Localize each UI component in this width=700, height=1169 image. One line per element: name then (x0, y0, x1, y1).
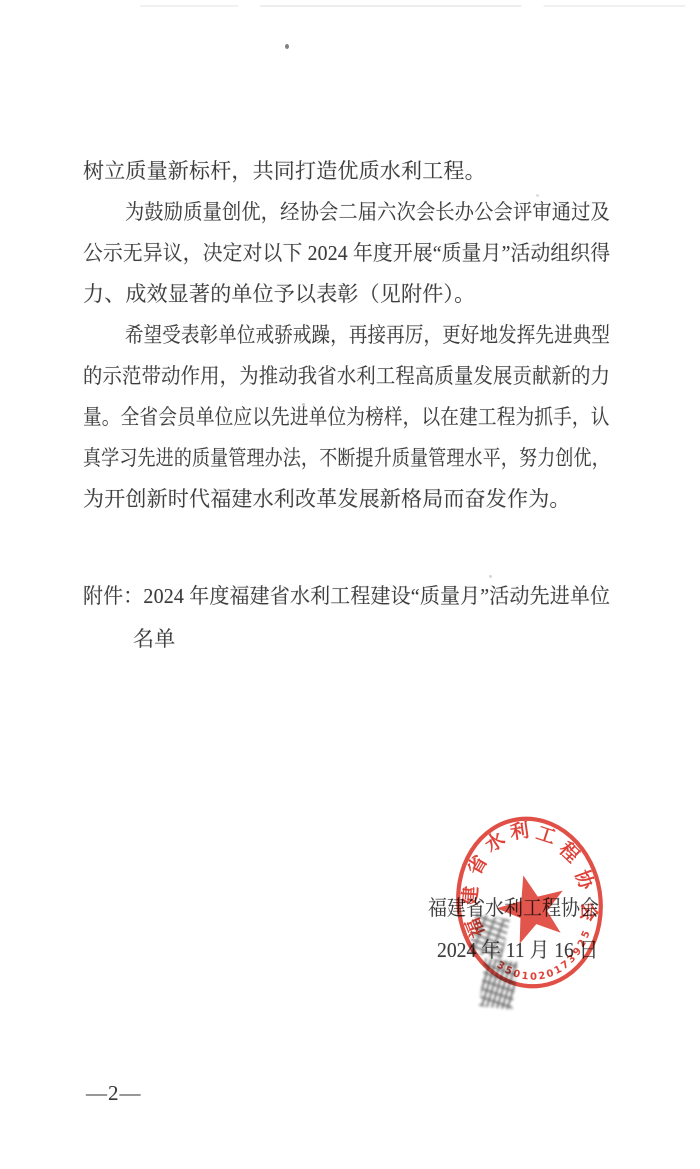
attachment-note: 附件：2024 年度福建省水利工程建设“质量月”活动先进单位 名单 (83, 575, 613, 661)
letter-body: 树立质量新标杆，共同打造优质水利工程。 为鼓励质量创优，经协会二届六次会长办公会… (83, 151, 613, 520)
seal-star-icon (490, 867, 573, 948)
seal-arc-char: 水 (481, 827, 510, 857)
attachment-line-text: 附件：2024 年度福建省水利工程建设“质量月”活动先进单位 (83, 575, 610, 618)
body-line-text: 为开创新时代福建水利改革发展新格局而奋发作为。 (83, 479, 571, 520)
body-line-text: 真学习先进的质量管理办法，不断提升质量管理水平，努力创优， (83, 438, 610, 479)
body-line: 量。全省会员单位应以先进单位为榜样，以在建工程为抓手，认 (83, 397, 613, 438)
attachment-line: 名单 (83, 618, 613, 661)
scan-artifact-top (140, 5, 685, 7)
attachment-line: 附件：2024 年度福建省水利工程建设“质量月”活动先进单位 (83, 575, 613, 618)
body-line-text: 公示无异议，决定对以下 2024 年度开展“质量月”活动组织得 (83, 233, 610, 274)
body-line-text: 为鼓励质量创优，经协会二届六次会长办公会评审通过及 (125, 192, 610, 233)
seal-code-digit: 5 (580, 929, 593, 940)
scan-speck (285, 44, 289, 49)
body-line-text: 量。全省会员单位应以先进单位为榜样，以在建工程为抓手，认 (83, 397, 610, 438)
body-line: 真学习先进的质量管理办法，不断提升质量管理水平，努力创优， (83, 438, 613, 479)
seal-arc-char: 工 (533, 823, 558, 849)
seal-code-digit: 1 (521, 971, 529, 983)
body-line-text: 树立质量新标杆，共同打造优质水利工程。 (83, 151, 486, 192)
body-line: 希望受表彰单位戒骄戒躁，再接再厉，更好地发挥先进典型 (83, 315, 613, 356)
body-line: 为开创新时代福建水利改革发展新格局而奋发作为。 (83, 479, 613, 520)
body-line: 公示无异议，决定对以下 2024 年度开展“质量月”活动组织得 (83, 233, 613, 274)
body-line-text: 希望受表彰单位戒骄戒躁，再接再厉，更好地发挥先进典型 (125, 315, 610, 356)
seal-code-digit: 0 (530, 972, 537, 983)
seal-arc-char: 会 (576, 901, 601, 922)
body-line-text: 力、成效显著的单位予以表彰（见附件）。 (83, 274, 475, 315)
page-number: —2— (86, 1081, 142, 1106)
attachment-line-text: 名单 (133, 618, 175, 661)
seal-arc-char: 利 (508, 818, 530, 843)
body-line-text: 的示范带动作用，为推动我省水利工程高质量发展贡献新的力 (83, 356, 610, 397)
body-line: 为鼓励质量创优，经协会二届六次会长办公会评审通过及 (83, 192, 613, 233)
body-line: 树立质量新标杆，共同打造优质水利工程。 (83, 151, 613, 192)
seal-code-digit: 0 (512, 968, 521, 980)
document-page: 树立质量新标杆，共同打造优质水利工程。 为鼓励质量创优，经协会二届六次会长办公会… (0, 0, 700, 1169)
body-line: 力、成效显著的单位予以表彰（见附件）。 (83, 274, 613, 315)
body-line: 的示范带动作用，为推动我省水利工程高质量发展贡献新的力 (83, 356, 613, 397)
official-seal: 福建省水利工程协会 3501020173925 (450, 810, 610, 995)
seal-arc-char: 程 (555, 837, 585, 867)
seal-arc-char: 建 (458, 885, 482, 906)
